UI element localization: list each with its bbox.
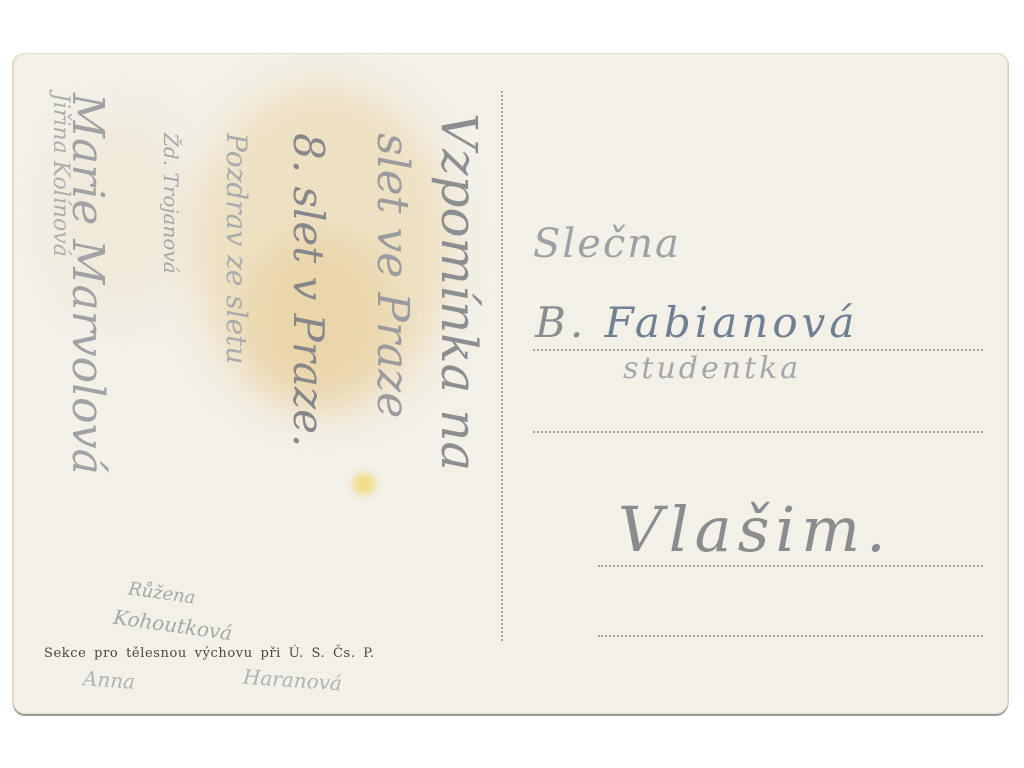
address-initial: B. (535, 298, 587, 347)
message-line: Vzpomínka na (430, 113, 488, 471)
address-city: Vlašim. (618, 493, 892, 566)
address-line (598, 635, 983, 637)
message-line: Pozdrav ze sletu (220, 133, 253, 364)
paper-stain (353, 473, 375, 495)
address-salutation: Slečna (533, 221, 681, 267)
message-line: Žd. Trojanová (159, 133, 183, 274)
message-line: 8. slet v Praze. (284, 133, 333, 447)
signature: Růžena (127, 578, 197, 608)
address-surname: Fabianová (605, 298, 859, 347)
printed-publisher-line: Sekce pro tělesnou výchovu při Ú. S. Čs.… (44, 646, 375, 661)
message-line: slet ve Praze (367, 133, 418, 418)
address-occupation: studentka (623, 351, 801, 386)
address-line (533, 431, 983, 433)
postcard-back: Slečna B. Fabianová studentka Vlašim. Vz… (13, 53, 1008, 714)
message-line: Jiřina Kolínová (48, 93, 73, 257)
signature: Anna (82, 666, 136, 694)
address-name: B. Fabianová (535, 298, 858, 347)
signature: Haranová (242, 665, 342, 696)
divider-line (501, 91, 503, 641)
signature: Kohoutková (112, 605, 234, 645)
